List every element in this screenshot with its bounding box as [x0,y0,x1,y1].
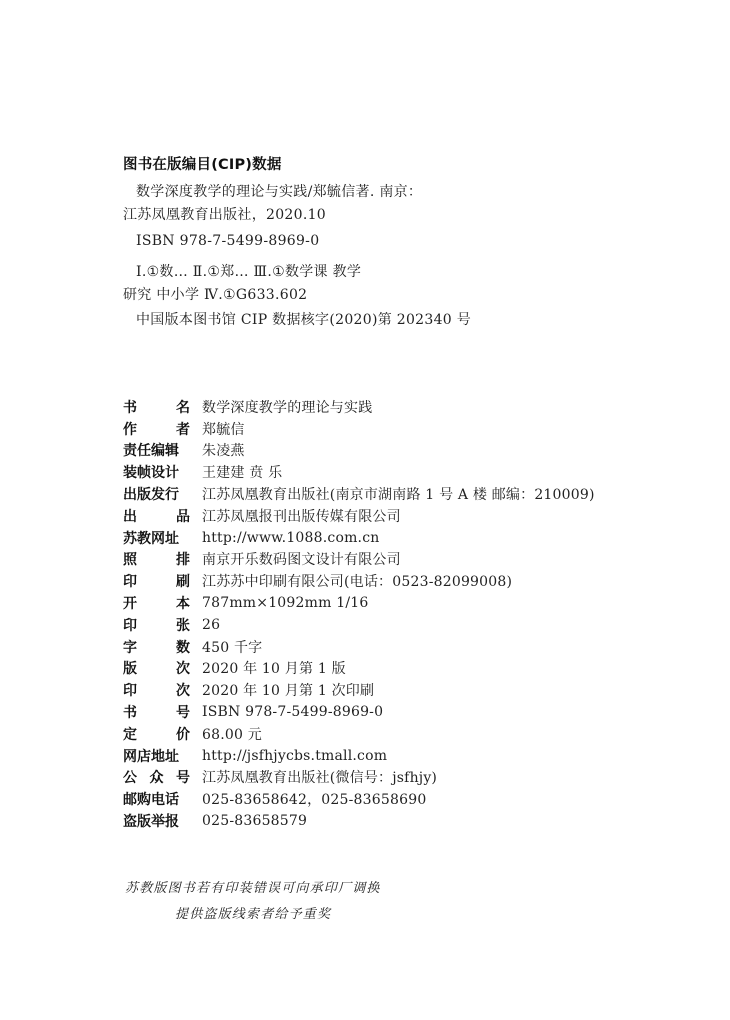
info-label: 网店地址 [123,746,190,766]
info-value-online-store: http://jsfhjycbs.tmall.com [202,748,387,764]
footer-notice-line-1: 苏教版图书若有印装错误可向承印厂调换 [125,877,381,896]
info-value-isbn: ISBN 978-7-5499-8969-0 [202,704,383,720]
info-label: 印张 [123,615,190,635]
info-value-word-count: 450 千字 [202,637,262,657]
info-value-printing: 2020 年 10 月第 1 次印刷 [202,680,374,700]
info-row-editor: 责任编辑 朱凌燕 [123,440,595,462]
info-label: 版次 [123,658,190,678]
info-label: 公众号 [123,767,190,787]
info-label: 书号 [123,702,190,722]
info-value-typesetting: 南京开乐数码图文设计有限公司 [202,549,401,569]
info-row-design: 装帧设计 王建建 贲 乐 [123,461,595,483]
info-row-format: 开本 787mm×1092mm 1/16 [123,592,595,614]
info-label: 盗版举报 [123,811,190,831]
info-row-author: 作者 郑毓信 [123,418,595,440]
info-value-format: 787mm×1092mm 1/16 [202,595,368,611]
info-value-sheets: 26 [202,617,220,633]
info-row-printer: 印刷 江苏苏中印刷有限公司(电话：0523-82099008) [123,570,595,592]
info-value-printer: 江苏苏中印刷有限公司(电话：0523-82099008) [202,571,512,591]
info-value-author: 郑毓信 [202,419,245,439]
info-value-mail-order: 025-83658642，025-83658690 [202,789,426,809]
footer-notice-line-2: 提供盗版线索者给予重奖 [175,903,331,922]
info-row-title: 书名 数学深度教学的理论与实践 [123,396,595,418]
cip-heading: 图书在版编目(CIP)数据 [123,153,282,174]
info-row-isbn: 书号 ISBN 978-7-5499-8969-0 [123,701,595,723]
info-row-piracy-report: 盗版举报 025-83658579 [123,810,595,832]
info-label: 邮购电话 [123,789,190,809]
info-label: 装帧设计 [123,462,190,482]
info-value-price: 68.00 元 [202,724,262,744]
info-label: 作者 [123,419,190,439]
info-value-title: 数学深度教学的理论与实践 [202,397,372,417]
info-row-website: 苏教网址 http://www.1088.com.cn [123,527,595,549]
info-row-price: 定价 68.00 元 [123,723,595,745]
info-row-sheets: 印张 26 [123,614,595,636]
info-label: 定价 [123,724,190,744]
info-value-website: http://www.1088.com.cn [202,530,379,546]
info-row-publisher: 出版发行 江苏凤凰教育出版社(南京市湖南路 1 号 A 楼 邮编：210009) [123,483,595,505]
book-info-table: 书名 数学深度教学的理论与实践 作者 郑毓信 责任编辑 朱凌燕 装帧设计 王建建… [123,396,595,832]
info-label: 苏教网址 [123,528,190,548]
info-value-piracy-report: 025-83658579 [202,813,307,829]
info-value-producer: 江苏凤凰报刊出版传媒有限公司 [202,506,401,526]
info-row-wechat: 公众号 江苏凤凰教育出版社(微信号：jsfhjy) [123,767,595,789]
info-row-typesetting: 照排 南京开乐数码图文设计有限公司 [123,549,595,571]
info-label: 照排 [123,549,190,569]
info-row-edition: 版次 2020 年 10 月第 1 版 [123,658,595,680]
cip-line-cip-number: 中国版本图书馆 CIP 数据核字(2020)第 202340 号 [136,309,471,329]
info-value-design: 王建建 贲 乐 [202,462,282,482]
cip-line-classification-2: 研究 中小学 Ⅳ.①G633.602 [123,284,307,304]
info-value-editor: 朱凌燕 [202,440,245,460]
info-row-producer: 出品 江苏凤凰报刊出版传媒有限公司 [123,505,595,527]
info-label: 字数 [123,637,190,657]
info-label: 开本 [123,593,190,613]
cip-line-publisher: 江苏凤凰教育出版社，2020.10 [123,204,326,224]
info-row-mail-order: 邮购电话 025-83658642，025-83658690 [123,788,595,810]
info-label: 印刷 [123,571,190,591]
cip-line-isbn: ISBN 978-7-5499-8969-0 [136,233,319,249]
info-value-wechat: 江苏凤凰教育出版社(微信号：jsfhjy) [202,767,437,787]
info-label: 责任编辑 [123,440,190,460]
info-value-edition: 2020 年 10 月第 1 版 [202,658,346,678]
cip-line-title-author: 数学深度教学的理论与实践/郑毓信著. 南京： [136,181,422,201]
info-label: 印次 [123,680,190,700]
copyright-page: 图书在版编目(CIP)数据 数学深度教学的理论与实践/郑毓信著. 南京： 江苏凤… [0,0,730,1020]
info-label: 书名 [123,397,190,417]
info-row-word-count: 字数 450 千字 [123,636,595,658]
info-value-publisher: 江苏凤凰教育出版社(南京市湖南路 1 号 A 楼 邮编：210009) [202,484,595,504]
info-label: 出品 [123,506,190,526]
info-row-online-store: 网店地址 http://jsfhjycbs.tmall.com [123,745,595,767]
info-label: 出版发行 [123,484,190,504]
cip-line-classification-1: Ⅰ.①数… Ⅱ.①郑… Ⅲ.①数学课 教学 [136,261,361,281]
info-row-printing: 印次 2020 年 10 月第 1 次印刷 [123,679,595,701]
